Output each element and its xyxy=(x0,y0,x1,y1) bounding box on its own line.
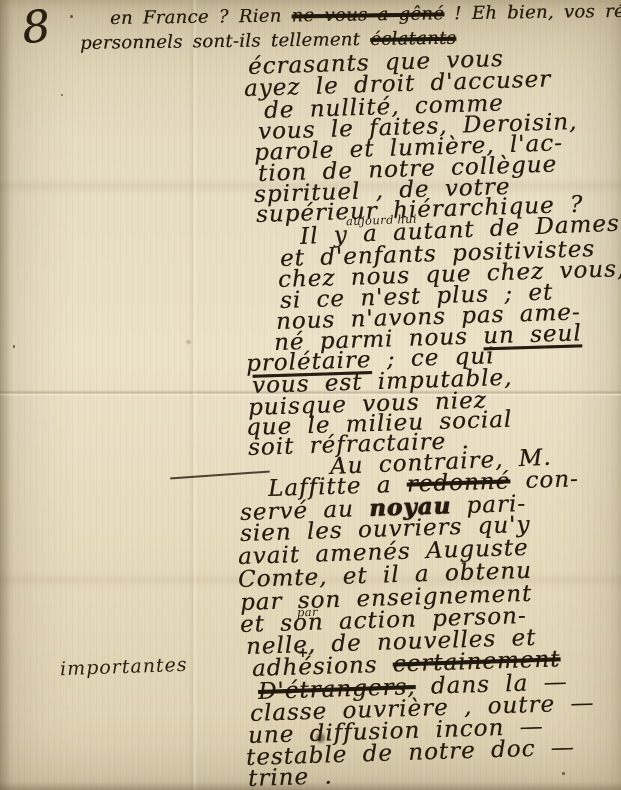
line-segment: un seul xyxy=(483,320,582,349)
fold-crease-vertical xyxy=(188,0,197,790)
line-segment: ! Eh bien, vos résultats xyxy=(444,0,621,24)
ink-speck xyxy=(13,345,15,348)
line-segment: en France ? Rien xyxy=(110,5,292,29)
margin-annotation: importantes xyxy=(60,654,188,680)
handwritten-line: en France ? Rien ne vous a gêné ! Eh bie… xyxy=(110,2,621,28)
line-segment: personnels sont-ils tellement xyxy=(80,29,370,54)
manuscript-page: 8 importantes aujourd'hui par + en Franc… xyxy=(0,0,621,790)
page-edge-shadow-left xyxy=(0,0,12,790)
line-segment: éclatants xyxy=(370,28,456,50)
page-number: 8 xyxy=(19,1,52,55)
paper-stain xyxy=(186,340,191,344)
ink-speck xyxy=(61,94,63,96)
pen-stroke xyxy=(170,471,270,480)
line-segment: con- xyxy=(510,466,579,494)
line-segment: ne vous a gêné xyxy=(291,3,444,26)
handwritten-line: trine . xyxy=(248,765,333,790)
ink-speck xyxy=(70,15,73,18)
ink-speck xyxy=(562,772,565,775)
